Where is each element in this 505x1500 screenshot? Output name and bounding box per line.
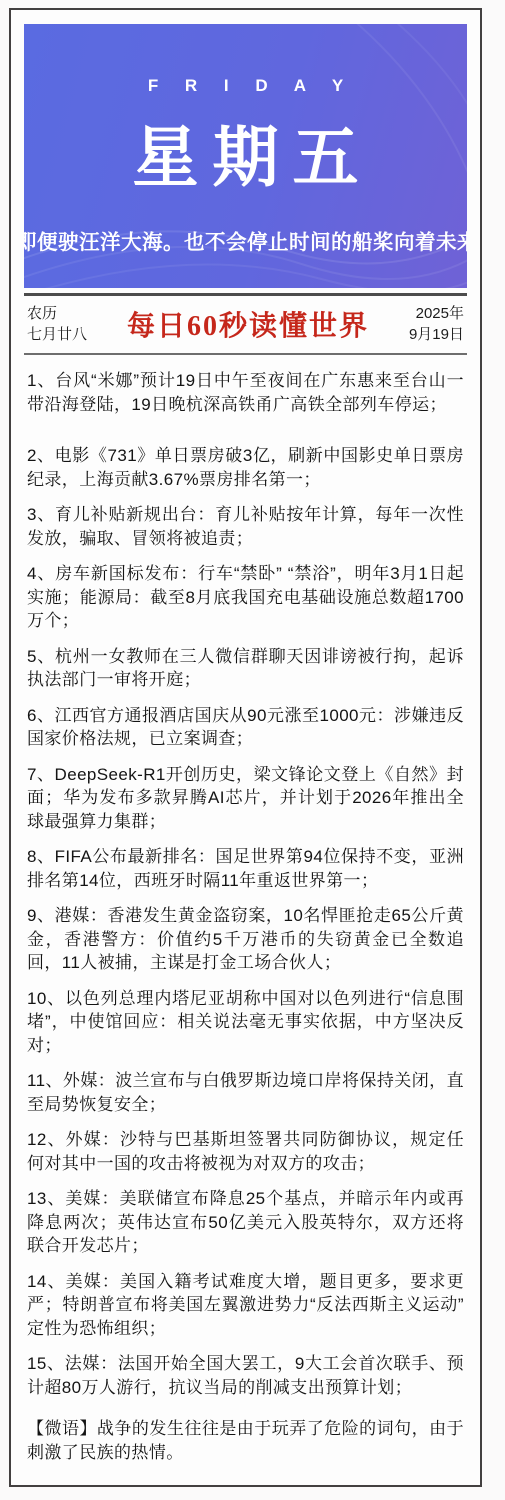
news-item-2: 2、电影《731》单日票房破3亿，刷新中国影史单日票房纪录，上海贡献3.67%票… (27, 444, 464, 491)
news-item-10: 10、以色列总理内塔尼亚胡称中国对以色列进行“信息围堵”，中使馆回应：相关说法毫… (27, 987, 464, 1058)
daily-news-card: F R I D A Y 星期五 即便驶汪洋大海。也不会停止时间的船桨向着未来征途… (0, 0, 505, 1500)
news-item-15: 15、法媒：法国开始全国大罢工，9大工会首次联手、预计超80万人游行，抗议当局的… (27, 1352, 464, 1399)
news-item-6: 6、江西官方通报酒店国庆从90元涨至1000元：涉嫌违反国家价格法规，已立案调查… (27, 704, 464, 751)
daily-title: 每日60秒读懂世界 (127, 304, 369, 344)
lunar-label: 农历 (27, 303, 87, 324)
news-item-7: 7、DeepSeek-R1开创历史，梁文锋论文登上《自然》封面；华为发布多款昇腾… (27, 763, 464, 834)
news-item-14: 14、美媒：美国入籍考试难度大增，题目更多，要求更严；特朗普宣布将美国左翼激进势… (27, 1270, 464, 1341)
card-frame: F R I D A Y 星期五 即便驶汪洋大海。也不会停止时间的船桨向着未来征途… (9, 8, 482, 1487)
news-item-8: 8、FIFA公布最新排名：国足世界第94位保持不变，亚洲排名第14位，西班牙时隔… (27, 845, 464, 892)
news-item-12: 12、外媒：沙特与巴基斯坦签署共同防御协议，规定任何对其中一国的攻击将被视为对双… (27, 1128, 464, 1175)
lunar-date: 七月廿八 (27, 324, 87, 345)
news-item-11: 11、外媒：波兰宣布与白俄罗斯边境口岸将保持关闭，直至局势恢复安全； (27, 1069, 464, 1116)
gregorian-year: 2025年 (409, 303, 464, 324)
news-item-1: 1、台风“米娜”预计19日中午至夜间在广东惠来至台山一带沿海登陆，19日晚杭深高… (27, 369, 464, 416)
lunar-date-block: 农历 七月廿八 (27, 303, 87, 345)
gregorian-date-block: 2025年 9月19日 (409, 303, 464, 345)
header-banner: F R I D A Y 星期五 即便驶汪洋大海。也不会停止时间的船桨向着未来征途… (24, 24, 467, 288)
news-item-4: 4、房车新国标发布：行车“禁卧” “禁浴”，明年3月1日起实施；能源局：截至8月… (27, 562, 464, 633)
weekday-english-label: F R I D A Y (24, 76, 467, 96)
news-item-13: 13、美媒：美联储宣布降息25个基点，并暗示年内或再降息两次；英伟达宣布50亿美… (27, 1187, 464, 1258)
gregorian-date: 9月19日 (409, 324, 464, 345)
weekday-chinese-title: 星期五 (24, 104, 467, 199)
news-item-3: 3、育儿补贴新规出台：育儿补贴按年计算，每年一次性发放，骗取、冒领将被追责； (27, 503, 464, 550)
date-bar: 农历 七月廿八 每日60秒读懂世界 2025年 9月19日 (24, 293, 467, 355)
banner-motto: 即便驶汪洋大海。也不会停止时间的船桨向着未来征途。 (24, 225, 467, 255)
news-list: 1、台风“米娜”预计19日中午至夜间在广东惠来至台山一带沿海登陆，19日晚杭深高… (24, 355, 467, 1464)
news-item-5: 5、杭州一女教师在三人微信群聊天因诽谤被行拘，起诉执法部门一审将开庭； (27, 645, 464, 692)
weiyu-quote: 【微语】战争的发生往往是由于玩弄了危险的词句，由于刺激了民族的热情。 (27, 1417, 464, 1464)
news-item-9: 9、港媒：香港发生黄金盗窃案，10名悍匪抢走65公斤黄金，香港警方：价值约5千万… (27, 904, 464, 975)
